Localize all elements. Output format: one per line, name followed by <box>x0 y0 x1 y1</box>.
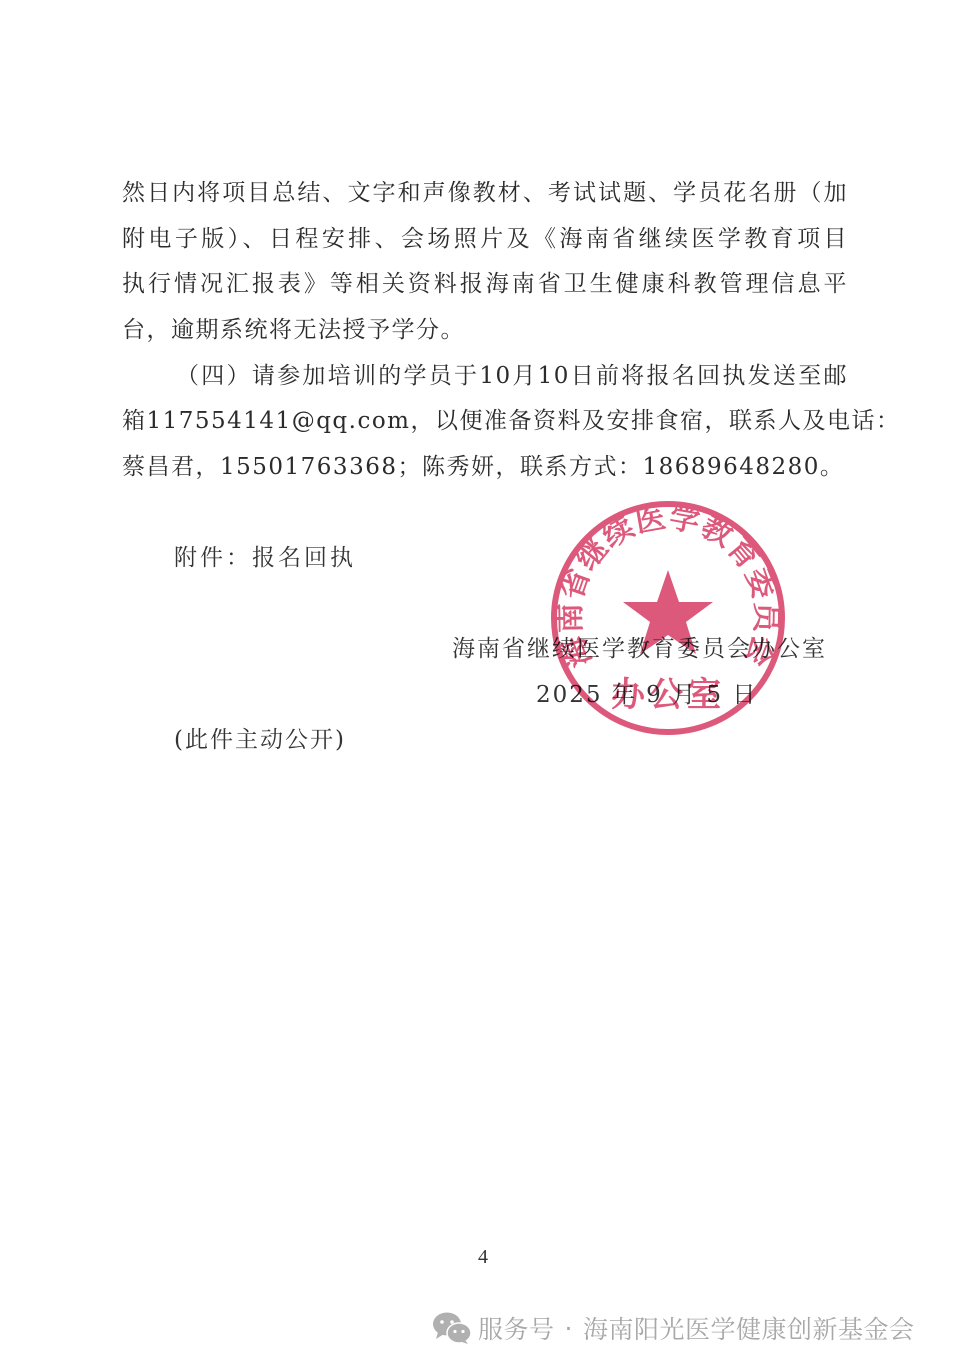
body-text-line: 台，逾期系统将无法授予学分。 <box>122 315 848 345</box>
attachment-note: 附件：报名回执 <box>174 543 356 573</box>
body-text-line: （四）请参加培训的学员于10月10日前将报名回执发送至邮 <box>176 361 848 391</box>
body-text-line: 然日内将项目总结、文字和声像教材、考试试题、学员花名册（加 <box>122 178 848 208</box>
body-text-line: 箱117554141@qq.com，以便准备资料及安排食宿，联系人及电话： <box>122 406 848 436</box>
wechat-icon <box>432 1311 472 1345</box>
body-text-line: 执行情况汇报表》等相关资料报海南省卫生健康科教管理信息平 <box>122 269 848 299</box>
watermark-separator: · <box>565 1314 573 1343</box>
document-page: 然日内将项目总结、文字和声像教材、考试试题、学员花名册（加 附电子版）、日程安排… <box>0 0 968 1368</box>
watermark-label: 服务号 <box>478 1310 555 1346</box>
watermark-account-name: 海南阳光医学健康创新基金会 <box>583 1310 915 1346</box>
disclosure-note: (此件主动公开) <box>174 725 346 755</box>
wechat-account-watermark: 服务号 · 海南阳光医学健康创新基金会 <box>432 1310 914 1346</box>
page-number: 4 <box>478 1246 488 1269</box>
body-text-line: 附电子版）、日程安排、会场照片及《海南省继续医学教育项目 <box>122 224 848 254</box>
body-text-line: 蔡昌君，15501763368；陈秀妍，联系方式：18689648280。 <box>122 452 848 482</box>
seal-center-text: 办公室 <box>611 675 725 715</box>
star-icon <box>623 570 713 654</box>
official-seal-stamp: 海南省继续医学教育委员会 办公室 <box>548 498 788 738</box>
